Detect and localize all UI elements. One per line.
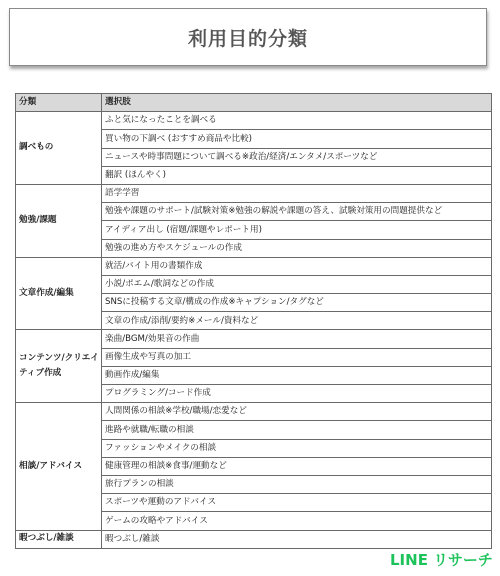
option-cell: 語学学習 — [102, 184, 492, 202]
option-cell: ファッションやメイクの相談 — [102, 439, 492, 457]
option-cell: 就活/バイト用の書類作成 — [102, 257, 492, 275]
option-cell: ふと気になったことを調べる — [102, 112, 492, 130]
line-research-logo: LINE リサーチ — [390, 549, 493, 570]
option-cell: 勉強や課題のサポート/試験対策※勉強の解説や課題の答え、試験対策用の問題提供など — [102, 203, 492, 221]
option-cell: 翻訳 (ほんやく) — [102, 166, 492, 184]
option-cell: 人間関係の相談※学校/職場/恋愛など — [102, 403, 492, 421]
option-cell: ゲームの攻略やアドバイス — [102, 512, 492, 530]
option-cell: 画像生成や写真の加工 — [102, 348, 492, 366]
category-cell: 調べもの — [16, 112, 102, 185]
table-row: コンテンツ/クリエイティブ作成 楽曲/BGM/効果音の作曲 — [16, 330, 492, 348]
option-cell: SNSに投稿する文章/構成の作成※キャプション/タグなど — [102, 294, 492, 312]
table-header-row: 分類 選択肢 — [16, 94, 492, 112]
category-cell: コンテンツ/クリエイティブ作成 — [16, 330, 102, 403]
option-cell: スポーツや運動のアドバイス — [102, 494, 492, 512]
option-cell: 進路や就職/転職の相談 — [102, 421, 492, 439]
category-cell: 相談/アドバイス — [16, 403, 102, 530]
option-cell: 健康管理の相談※食事/運動など — [102, 457, 492, 475]
option-cell: アイディア出し (宿題/課題やレポート用) — [102, 221, 492, 239]
purpose-classification-table: 分類 選択肢 調べもの ふと気になったことを調べる 買い物の下調べ (おすすめ商… — [15, 93, 492, 549]
category-cell: 文章作成/編集 — [16, 257, 102, 330]
header-options: 選択肢 — [102, 94, 492, 112]
option-cell: ニュースや時事問題について調べる※政治/経済/エンタメ/スポーツなど — [102, 148, 492, 166]
table-row: 調べもの ふと気になったことを調べる — [16, 112, 492, 130]
option-cell: 暇つぶし/雑談 — [102, 530, 492, 548]
option-cell: プログラミング/コード作成 — [102, 385, 492, 403]
option-cell: 旅行プランの相談 — [102, 475, 492, 493]
table-row: 相談/アドバイス 人間関係の相談※学校/職場/恋愛など — [16, 403, 492, 421]
option-cell: 文章の作成/添削/要約※メール/資料など — [102, 312, 492, 330]
header-category: 分類 — [16, 94, 102, 112]
table-row: 勉強/課題 語学学習 — [16, 184, 492, 202]
category-cell: 勉強/課題 — [16, 184, 102, 257]
table-row: 文章作成/編集 就活/バイト用の書類作成 — [16, 257, 492, 275]
option-cell: 動画作成/編集 — [102, 366, 492, 384]
option-cell: 楽曲/BGM/効果音の作曲 — [102, 330, 492, 348]
category-cell: 暇つぶし/雑談 — [16, 530, 102, 548]
title-box: 利用目的分類 — [9, 8, 487, 66]
table-row: 暇つぶし/雑談 暇つぶし/雑談 — [16, 530, 492, 548]
option-cell: 買い物の下調べ (おすすめ商品や比較) — [102, 130, 492, 148]
option-cell: 小説/ポエム/歌詞などの作成 — [102, 275, 492, 293]
page-title: 利用目的分類 — [188, 24, 308, 51]
option-cell: 勉強の進め方やスケジュールの作成 — [102, 239, 492, 257]
